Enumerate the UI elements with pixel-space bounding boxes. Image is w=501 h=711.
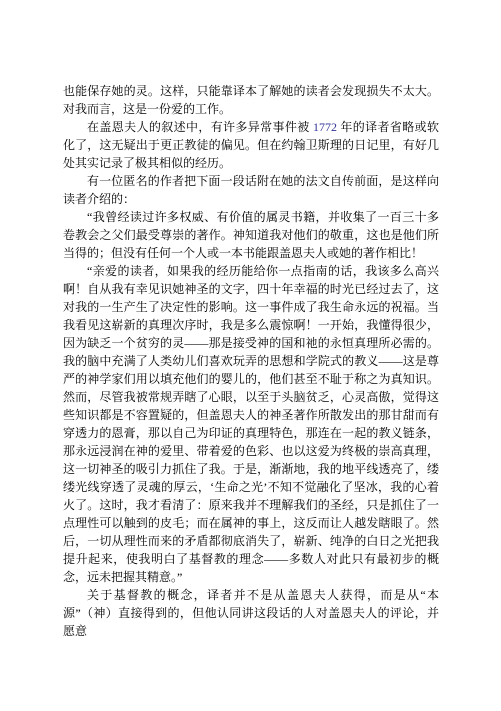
paragraph: “我曾经读过许多权威、有价值的属灵书籍，并收集了一百三十多卷教会之父们最受尊崇的… bbox=[63, 208, 439, 262]
paragraph: 关于基督教的概念，译者并不是从盖恩夫人获得，而是从“本源”（神）直接得到的，但他… bbox=[63, 586, 439, 640]
year-number: 1772 bbox=[313, 120, 337, 134]
text-run: “我曾经读过许多权威、有价值的属灵书籍，并收集了一百三十多卷教会之父们最受尊崇的… bbox=[63, 210, 439, 260]
text-run: 在盖恩夫人的叙述中，有许多异常事件被 bbox=[87, 120, 313, 134]
text-run: 也能保存她的灵。这样，只能靠译本了解她的读者会发现损失不太大。对我而言，这是一份… bbox=[63, 84, 439, 116]
paragraph: 也能保存她的灵。这样，只能靠译本了解她的读者会发现损失不太大。对我而言，这是一份… bbox=[63, 82, 439, 118]
text-run: 关于基督教的概念，译者并不是从盖恩夫人获得，而是从“本源”（神）直接得到的，但他… bbox=[63, 588, 439, 638]
text-run: “亲爱的读者，如果我的经历能给你一点指南的话，我该多么高兴啊！自从我有幸见识她神… bbox=[63, 264, 439, 584]
document-page: 也能保存她的灵。这样，只能靠译本了解她的读者会发现损失不太大。对我而言，这是一份… bbox=[0, 0, 501, 711]
paragraph: 在盖恩夫人的叙述中，有许多异常事件被 1772 年的译者省略或软化了，这无疑出于… bbox=[63, 118, 439, 172]
paragraph: 有一位匿名的作者把下面一段话附在她的法文自传前面，是这样向读者介绍的： bbox=[63, 172, 439, 208]
text-run: 有一位匿名的作者把下面一段话附在她的法文自传前面，是这样向读者介绍的： bbox=[63, 174, 439, 206]
paragraph: “亲爱的读者，如果我的经历能给你一点指南的话，我该多么高兴啊！自从我有幸见识她神… bbox=[63, 262, 439, 586]
document-text: 也能保存她的灵。这样，只能靠译本了解她的读者会发现损失不太大。对我而言，这是一份… bbox=[63, 82, 439, 640]
